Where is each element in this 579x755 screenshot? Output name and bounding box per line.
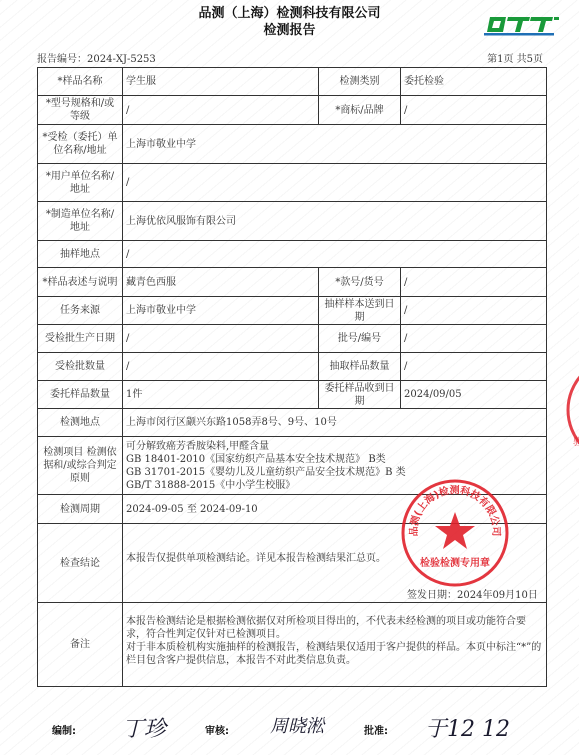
entrusted-qty-value: 1件 [123,381,319,409]
client-label: *受检（委托）单位名称/地址 [38,125,123,164]
model-spec-label: *型号规格和/或等级 [38,96,123,125]
test-items-line: 可分解致癌芳香胺染料,甲醛含量 [126,440,543,453]
partial-seal-icon: 验 [565,355,579,465]
svg-text:检验检测专用章: 检验检测专用章 [420,556,490,569]
batch-no-label: 批号/编号 [319,325,401,353]
test-location-label: 检测地点 [38,409,123,437]
test-items-line: GB 18401-2010《国家纺织产品基本安全技术规范》 B类 [126,453,543,466]
entrusted-qty-label: 委托样品数量 [38,381,123,409]
table-row: *样品表述与说明 藏青色西服 *款号/货号 / [38,268,547,297]
table-row: *受检（委托）单位名称/地址 上海市敬业中学 [38,125,547,164]
table-row: *样品名称 学生服 检测类别 委托检验 [38,68,547,96]
page-indicator: 第1页 共5页 [487,50,543,65]
batch-qty-label: 受检批数量 [38,353,123,381]
sampling-place-value: / [123,241,547,268]
compiled-by-label: 编制: [52,722,76,737]
received-date-label: 委托样品收到日期 [319,381,401,409]
test-type-label: 检测类别 [319,68,401,96]
remarks-label: 备注 [38,603,123,687]
remarks-value: 本报告检测结论是根据检测依据仅对所检项目得出的，不代表未经检测的项目或功能符合要… [123,603,547,687]
client-value: 上海市敬业中学 [123,125,547,164]
test-items-line: GB 31701-2015《婴幼儿及儿童纺织产品安全技术规范》B 类 [126,466,543,479]
manufacturer-value: 上海优依风服饰有限公司 [123,202,547,241]
table-row: *制造单位名称/地址 上海优依风服饰有限公司 [38,202,547,241]
test-type-value: 委托检验 [401,68,547,96]
table-row: 检测地点 上海市闵行区颛兴东路1058弄8号、9号、10号 [38,409,547,437]
received-date-value: 2024/09/05 [401,381,547,409]
trademark-value: / [401,96,547,125]
drawn-qty-label: 抽取样品数量 [319,353,401,381]
compiled-by-signature: 丁珍 [122,712,166,743]
sample-name-value: 学生服 [123,68,319,96]
sample-desc-value: 藏青色西服 [123,268,319,297]
task-source-label: 任务来源 [38,297,123,325]
test-items-label: 检测项目 检测依据和/或综合判定原则 [38,437,123,495]
approved-by-signature: 于12 12 [425,712,510,743]
batch-qty-value: / [123,353,319,381]
remarks-line: 对于非本质检机构实施抽样的检测报告，检测结果仅适用于客户提供的样品。本页中标注“… [126,641,543,667]
reviewed-by-label: 审核: [205,722,229,737]
table-row: 任务来源 上海市敬业中学 抽样样本送到日期 / [38,297,547,325]
official-seal-icon: 品测(上海)检测科技有限公司 检验检测专用章 [400,478,510,588]
report-number-label: 报告编号： [37,54,87,65]
trademark-label: *商标/品牌 [319,96,401,125]
style-no-label: *款号/货号 [319,268,401,297]
sample-name-label: *样品名称 [38,68,123,96]
model-spec-value: / [123,96,319,125]
test-period-label: 检测周期 [38,495,123,524]
sample-arrival-label: 抽样样本送到日期 [319,297,401,325]
table-row: 受检批数量 / 抽取样品数量 / [38,353,547,381]
qtt-logo-icon [482,14,562,38]
production-date-label: 受检批生产日期 [38,325,123,353]
report-number-value: 2024-XJ-5253 [87,54,156,65]
table-row: 抽样地点 / [38,241,547,268]
remarks-line: 本报告检测结论是根据检测依据仅对所检项目得出的，不代表未经检测的项目或功能符合要… [126,615,543,641]
batch-no-value: / [401,325,547,353]
table-row: 备注 本报告检测结论是根据检测依据仅对所检项目得出的，不代表未经检测的项目或功能… [38,603,547,687]
user-unit-value: / [123,164,547,202]
task-source-value: 上海市敬业中学 [123,297,319,325]
svg-text:验: 验 [573,435,579,448]
sampling-place-label: 抽样地点 [38,241,123,268]
test-location-value: 上海市闵行区颛兴东路1058弄8号、9号、10号 [123,409,547,437]
signature-row: 编制: 丁珍 审核: 周晓淞 批准: 于12 12 [0,712,579,752]
table-row: *型号规格和/或等级 / *商标/品牌 / [38,96,547,125]
production-date-value: / [123,325,319,353]
sample-arrival-value: / [401,297,547,325]
conclusion-label: 检查结论 [38,524,123,603]
drawn-qty-value: / [401,353,547,381]
style-no-value: / [401,268,547,297]
sample-desc-label: *样品表述与说明 [38,268,123,297]
manufacturer-label: *制造单位名称/地址 [38,202,123,241]
issue-date: 签发日期：2024年09月10日 [407,586,538,601]
table-row: *用户单位名称/地址 / [38,164,547,202]
reviewed-by-signature: 周晓淞 [270,712,324,738]
table-row: 受检批生产日期 / 批号/编号 / [38,325,547,353]
user-unit-label: *用户单位名称/地址 [38,164,123,202]
approved-by-label: 批准: [364,722,388,737]
report-number: 报告编号：2024-XJ-5253 [37,50,156,65]
table-row: 委托样品数量 1件 委托样品收到日期 2024/09/05 [38,381,547,409]
